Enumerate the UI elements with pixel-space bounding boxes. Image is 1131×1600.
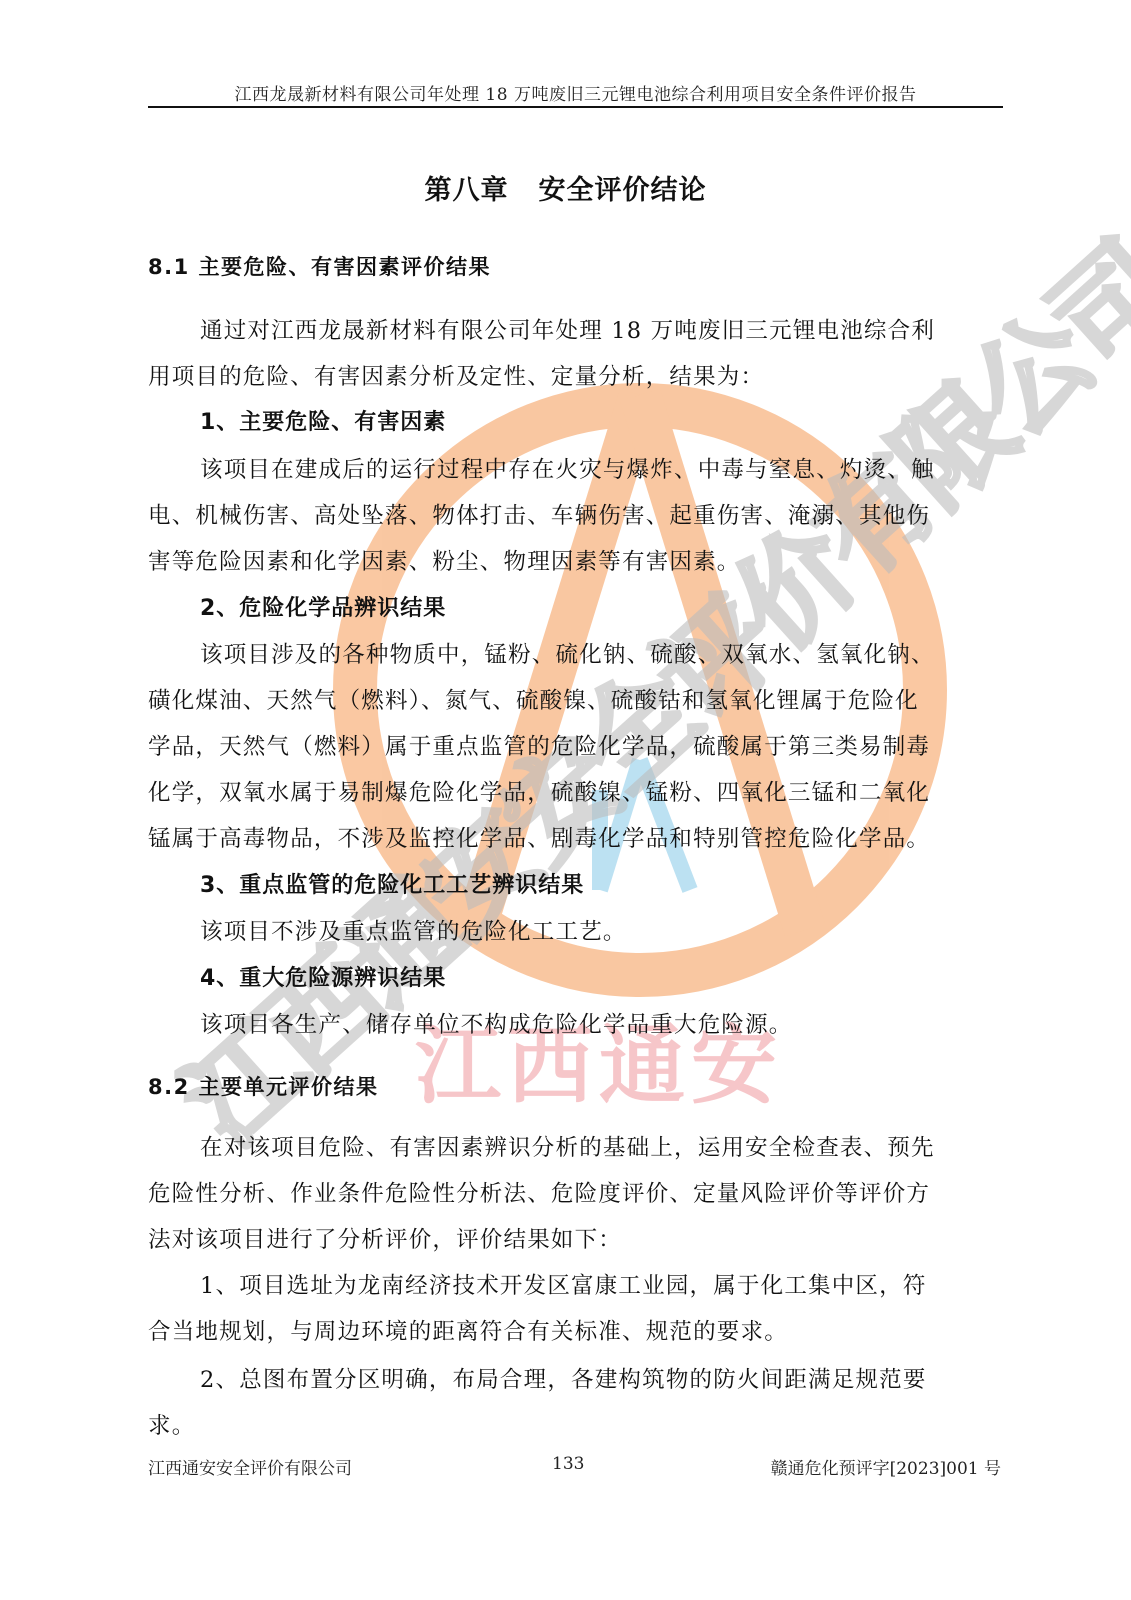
page-number: 133 [552, 1454, 584, 1474]
paragraph-line: 危险性分析、作业条件危险性分析法、危险度评价、定量风险评价等评价方 [148, 1176, 1008, 1208]
chapter-name: 安全评价结论 [539, 175, 707, 206]
paragraph-line: 求。 [148, 1408, 1008, 1440]
paragraph-line: 合当地规划，与周边环境的距离符合有关标准、规范的要求。 [148, 1314, 1008, 1346]
paragraph-line: 2、总图布置分区明确，布局合理，各建构筑物的防火间距满足规范要 [200, 1362, 1060, 1394]
paragraph-line: 通过对江西龙晟新材料有限公司年处理 18 万吨废旧三元锂电池综合利 [200, 313, 1060, 345]
page-content: 第八章安全评价结论 8.1 主要危险、有害因素评价结果 通过对江西龙晟新材料有限… [0, 0, 1131, 1600]
paragraph-line: 该项目不涉及重点监管的危险化工工艺。 [200, 914, 1060, 946]
section-heading-8-1: 8.1 主要危险、有害因素评价结果 [148, 251, 491, 281]
paragraph-line: 学品，天然气（燃料）属于重点监管的危险化学品，硫酸属于第三类易制毒 [148, 729, 1008, 761]
paragraph-line: 磺化煤油、天然气（燃料）、氮气、硫酸镍、硫酸钴和氢氧化锂属于危险化 [148, 683, 1008, 715]
section-heading-8-2: 8.2 主要单元评价结果 [148, 1071, 379, 1101]
paragraph-line: 化学，双氧水属于易制爆危险化学品，硫酸镍、锰粉、四氧化三锰和二氧化 [148, 775, 1008, 807]
paragraph-line: 该项目在建成后的运行过程中存在火灾与爆炸、中毒与窒息、灼烫、触 [200, 452, 1060, 484]
subheading-major-hazard-sources: 4、重大危险源辨识结果 [200, 961, 446, 992]
subheading-main-hazards: 1、主要危险、有害因素 [200, 405, 446, 436]
paragraph-line: 害等危险因素和化学因素、粉尘、物理因素等有害因素。 [148, 544, 1008, 576]
paragraph-line: 锰属于高毒物品，不涉及监控化学品、剧毒化学品和特别管控危险化学品。 [148, 821, 1008, 853]
paragraph-line: 在对该项目危险、有害因素辨识分析的基础上，运用安全检查表、预先 [200, 1130, 1060, 1162]
paragraph-line: 该项目各生产、储存单位不构成危险化学品重大危险源。 [200, 1007, 1060, 1039]
paragraph-line: 用项目的危险、有害因素分析及定性、定量分析，结果为： [148, 359, 1008, 391]
document-number: 赣通危化预评字[2023]001 号 [771, 1454, 1001, 1479]
subheading-chemical-processes: 3、重点监管的危险化工工艺辨识结果 [200, 868, 584, 899]
subheading-hazardous-chemicals: 2、危险化学品辨识结果 [200, 591, 446, 622]
chapter-number: 第八章 [425, 175, 509, 206]
paragraph-line: 该项目涉及的各种物质中，锰粉、硫化钠、硫酸、双氧水、氢氧化钠、 [200, 637, 1060, 669]
paragraph-line: 电、机械伤害、高处坠落、物体打击、车辆伤害、起重伤害、淹溺、其他伤 [148, 498, 1008, 530]
paragraph-line: 1、项目选址为龙南经济技术开发区富康工业园，属于化工集中区，符 [200, 1268, 1060, 1300]
document-page: 江西龙晟新材料有限公司年处理 18 万吨废旧三元锂电池综合利用项目安全条件评价报… [0, 0, 1131, 1600]
chapter-title: 第八章安全评价结论 [0, 168, 1131, 207]
footer-company: 江西通安安全评价有限公司 [148, 1454, 352, 1479]
paragraph-line: 法对该项目进行了分析评价，评价结果如下： [148, 1222, 1008, 1254]
